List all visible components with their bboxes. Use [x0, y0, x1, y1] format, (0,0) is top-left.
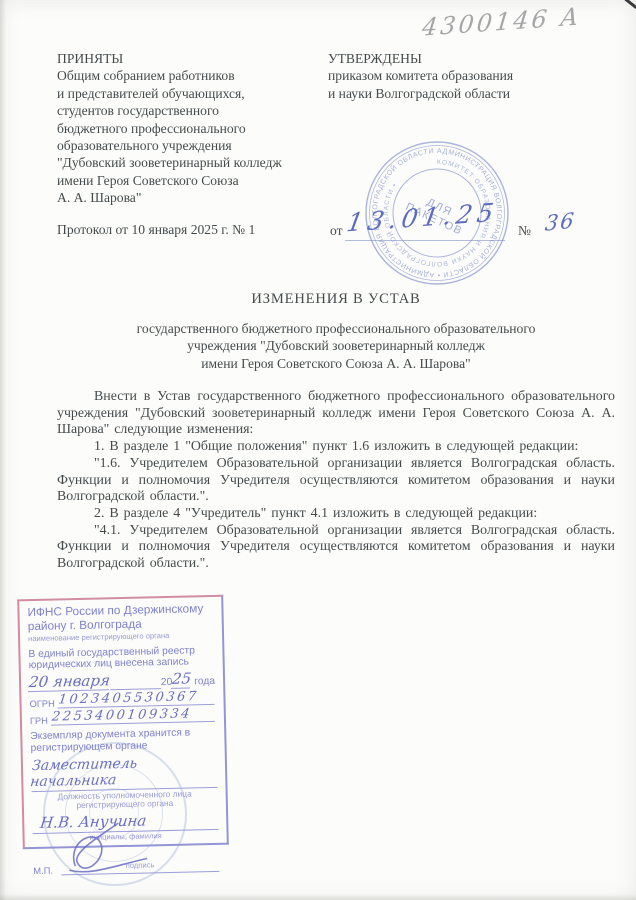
doc-subtitle-line: имени Героя Советского Союза А. А. Шаров…: [57, 355, 615, 372]
accepted-block: ПРИНЯТЫ Общим собранием работников и пре…: [57, 50, 329, 207]
position-handwritten: Заместитель начальника: [29, 754, 219, 790]
approval-date-line: [345, 240, 505, 241]
signature-scribble: [60, 812, 162, 884]
approved-line: приказом комитета образования: [328, 67, 618, 84]
accepted-line: "Дубовский зооветеринарный колледж: [57, 154, 329, 171]
approval-from-label: от: [330, 222, 343, 239]
grn-value-handwritten: 2253400109334: [51, 706, 217, 726]
accepted-line: А. А. Шарова": [57, 189, 329, 206]
body-text: Внести в Устав государственного бюджетно…: [57, 389, 615, 573]
accepted-line: и представителей обучающихся,: [57, 85, 329, 102]
mp-label: М.П.: [33, 865, 53, 875]
accepted-heading: ПРИНЯТЫ: [57, 50, 329, 67]
position-row: Заместитель начальника: [31, 754, 218, 792]
approved-block: УТВЕРЖДЕНЫ приказом комитета образования…: [328, 50, 618, 102]
approval-number-label: №: [518, 222, 531, 239]
body-paragraph: "4.1. Учредителем Образовательной органи…: [57, 523, 615, 573]
body-paragraph: "1.6. Учредителем Образовательной органи…: [57, 456, 615, 506]
scan-edge-shadow-left: [0, 0, 6, 900]
doc-subtitle: государственного бюджетного профессионал…: [57, 320, 615, 372]
seal-signature-row: М.П. подпись: [33, 853, 219, 876]
approved-line: и науки Волгоградской области: [328, 85, 618, 102]
accepted-line: образовательного учреждения: [57, 137, 329, 154]
accepted-line: Общим собранием работников: [57, 67, 329, 84]
approval-number-handwritten: 36: [544, 208, 577, 236]
body-paragraph: 2. В разделе 4 "Учредитель" пункт 4.1 из…: [57, 506, 615, 523]
approved-heading: УТВЕРЖДЕНЫ: [328, 50, 618, 67]
scan-edge-shadow-bottom: [0, 894, 636, 900]
body-paragraph: Внести в Устав государственного бюджетно…: [57, 389, 615, 439]
grn-label: ГРН: [30, 716, 48, 726]
body-paragraph: 1. В разделе 1 "Общие положения" пункт 1…: [57, 439, 615, 456]
doc-subtitle-line: учреждения "Дубовский зооветеринарный ко…: [57, 337, 615, 354]
entry-year-handwritten: 25: [171, 670, 192, 689]
registration-stamp: ИФНС России по Дзержинскому району г. Во…: [17, 595, 229, 850]
ogrn-label: ОГРН: [29, 699, 54, 710]
scanned-document-page: 4300146 А ПРИНЯТЫ Общим собранием работн…: [0, 0, 636, 900]
entry-year-word: года: [194, 676, 215, 688]
accepted-line: имени Героя Советского Союза: [57, 172, 329, 189]
grn-row: ГРН 2253400109334: [30, 706, 216, 726]
entry-date-day-month-handwritten: 20 января: [28, 671, 111, 692]
handwritten-code: 4300146 А: [421, 2, 583, 41]
protocol-line: Протокол от 10 января 2025 г. № 1: [57, 221, 255, 238]
corner-mark: [625, 0, 636, 9]
doc-title: ИЗМЕНЕНИЯ В УСТАВ: [57, 291, 615, 308]
accepted-line: студентов государственного: [57, 102, 329, 119]
accepted-line: бюджетного профессионального: [57, 120, 329, 137]
doc-subtitle-line: государственного бюджетного профессионал…: [57, 320, 615, 337]
